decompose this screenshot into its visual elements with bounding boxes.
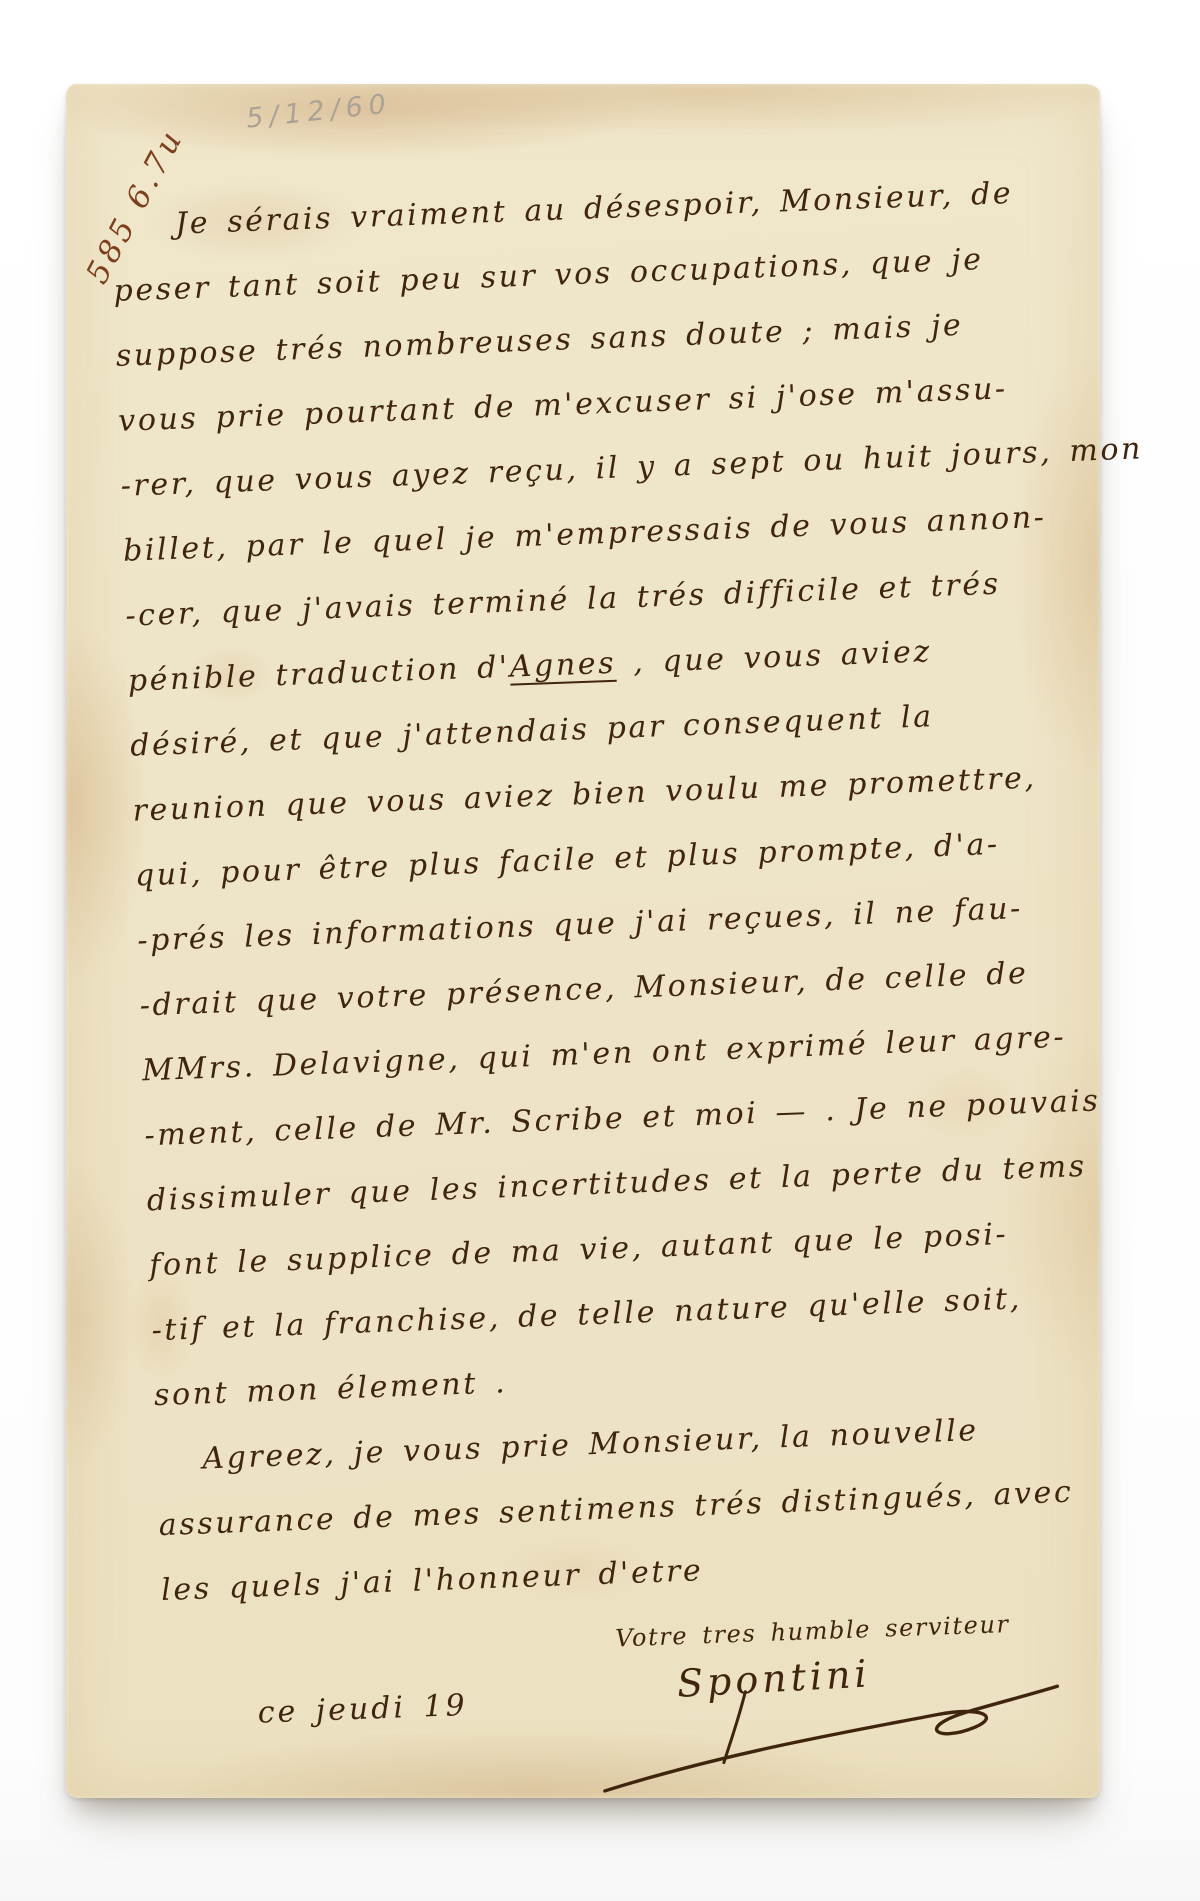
pencil-date-note: 5/12/60 xyxy=(245,88,394,134)
valediction: Votre tres humble serviteur xyxy=(615,1610,1010,1652)
letter-body: Je sérais vraiment au désespoir, Monsieu… xyxy=(110,159,1133,1793)
paper-sheet: 585 6.7u 5/12/60 Je sérais vraiment au d… xyxy=(66,84,1100,1798)
signature-flourish xyxy=(595,1678,1069,1805)
photo-background: 585 6.7u 5/12/60 Je sérais vraiment au d… xyxy=(0,0,1200,1901)
letter-line-text: pénible traduction d' xyxy=(127,650,510,699)
letter-line-text: , que vous aviez xyxy=(615,634,932,681)
underlined-title-agnes: Agnes xyxy=(509,646,617,685)
date-line: ce jeudi 19 xyxy=(257,1688,468,1731)
